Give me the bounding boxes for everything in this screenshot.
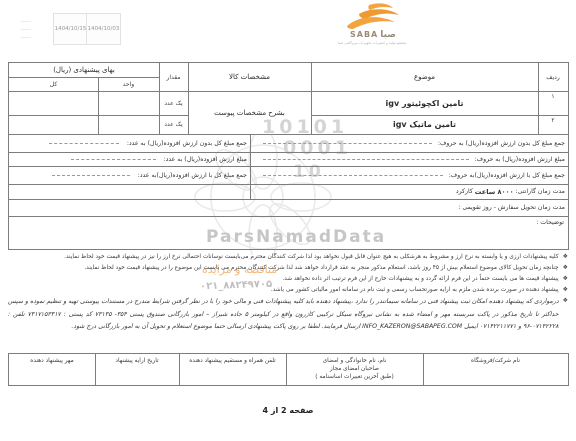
term-item: ❖ چنانچه زمان تحویل کالای موضوع استعلام …: [8, 263, 568, 273]
col-header-unit: واحد: [98, 77, 159, 91]
sum-total-digits-label: جمع مبلغ کل بدون ارزش افزوده(ریال) به عد…: [127, 140, 247, 147]
guarantee-label: مدت زمان گارانتی:: [516, 188, 565, 195]
guarantee-row: مدت زمان گارانتی: ۸۰۰۰ ساعت کارکرد: [250, 184, 568, 199]
col-header-qty: مقدار: [159, 63, 188, 91]
items-table: ردیف موضوع مشخصات کالا مقدار بهای پیشنها…: [8, 62, 569, 250]
date-cell-left: 1404/10/03: [86, 13, 121, 45]
col-header-row: ردیف: [538, 63, 568, 91]
sum-total-words-label: جمع مبلغ کل بدون ارزش افزوده(ریال) به حر…: [438, 140, 565, 147]
saba-logo: SABA صبا مجتمع تولید و تعمیرات تجهیزات ن…: [336, 2, 410, 49]
guarantee-suffix: کارکرد: [456, 188, 473, 195]
specs-merged-cell: بشرح مشخصات پیوست: [188, 91, 311, 134]
estelam-form-page: 10101 0001 10 ParsNamadData مناقصه و مزا…: [0, 0, 576, 441]
diamond-bullet-icon: ❖: [563, 274, 568, 284]
faint-mark: [21, 37, 31, 38]
sum-with-vat-words-cell: جمع مبلغ کل با ارزش افزوده(ریال)به حروف:: [250, 166, 568, 184]
signers-line2: صاحبان امضای مجاز: [330, 365, 379, 373]
diamond-bullet-icon: ❖: [563, 285, 568, 295]
terms-list: ❖ کلیه پیشنهادات ارزی و یا وابسته به نرخ…: [8, 252, 568, 335]
bidder-seal-cell: مهر پیشنهاد دهنده: [9, 354, 95, 385]
row2-subject: تامین ماتیک igv: [311, 115, 538, 134]
signers-line3: (طبق آخرین تغییرات اساسنامه ): [315, 373, 394, 381]
term-item-address: ❖ درمواردی که پیشنهاد دهنده امکان ثبت پی…: [8, 296, 568, 334]
term-item: ❖ کلیه پیشنهادات ارزی و یا وابسته به نرخ…: [8, 252, 568, 262]
col-header-total: کل: [9, 77, 98, 91]
dotted-line: [263, 158, 469, 160]
row1-qty: یک عدد: [159, 91, 188, 115]
logo-tagline: مجتمع تولید و تعمیرات تجهیزات نیروگاهی ص…: [340, 40, 407, 45]
term-text: پیشنهاد دهنده در صورت برنده شدن ملزم به …: [271, 285, 559, 295]
delivery-label: مدت زمان تحویل سفارش - روز تقویمی :: [458, 204, 565, 211]
company-name-label: نام شرکت/فروشگاه: [471, 357, 520, 365]
sum-total-digits-cell: جمع مبلغ کل بدون ارزش افزوده(ریال) به عد…: [9, 134, 250, 152]
vat-words-label: مبلغ ارزش افزوده(ریال) به حروف:: [475, 156, 565, 163]
signers-line1: نام، نام خانوادگی و امضای: [323, 357, 387, 365]
term-item: ❖ پیشنهاد دهنده در صورت برنده شدن ملزم ب…: [8, 285, 568, 295]
notes-label: توضیحات :: [536, 219, 564, 226]
vat-digits-label: مبلغ ارزش افزوده(ریال) به عدد:: [164, 156, 247, 163]
bidder-phone-label: تلفن همراه و مستقیم پیشنهاد دهنده: [189, 357, 275, 365]
term-text: درمواردی که پیشنهاد دهنده امکان ثبت پیشن…: [8, 296, 559, 334]
bidder-phone-cell: تلفن همراه و مستقیم پیشنهاد دهنده: [179, 354, 286, 385]
sum-with-vat-words-label: جمع مبلغ کل با ارزش افزوده(ریال)به حروف:: [449, 172, 565, 179]
row2-qty: یک عدد: [159, 115, 188, 134]
proposal-date-cell: تاریخ ارایه پیشنهاد: [95, 354, 179, 385]
diamond-bullet-icon: ❖: [563, 263, 568, 273]
dotted-line: [263, 174, 443, 176]
col-header-price-group: بهای پیشنهادی (ریال): [9, 63, 159, 77]
bidder-seal-label: مهر پیشنهاد دهنده: [30, 357, 73, 365]
page-number: صفحه 2 از 4: [0, 406, 576, 415]
dotted-line: [263, 142, 432, 144]
dotted-line: [71, 158, 156, 160]
faint-mark: [21, 21, 31, 22]
sum-with-vat-digits-cell: جمع مبلغ کل با ارزش افزوده(ریال)به عدد:: [9, 166, 250, 184]
proposal-date-label: تاریخ ارایه پیشنهاد: [115, 357, 158, 365]
row1-number: ۱: [538, 91, 568, 115]
company-name-cell: نام شرکت/فروشگاه: [423, 354, 568, 385]
date-cell-right: 1404/10/15: [53, 13, 88, 45]
notes-row: توضیحات :: [9, 216, 568, 249]
saba-swoosh-icon: [341, 2, 405, 30]
signature-table: نام شرکت/فروشگاه نام، نام خانوادگی و امض…: [8, 353, 569, 386]
authorized-signers-cell: نام، نام خانوادگی و امضای صاحبان امضای م…: [286, 354, 423, 385]
col-header-subject: موضوع: [311, 63, 538, 91]
row1-subject: تامین اکچوئیتور igv: [311, 91, 538, 115]
term-text: پیشنهاد قیمت ها می بایست حتماً در این فر…: [282, 274, 558, 284]
dotted-line: [49, 142, 119, 144]
vat-words-cell: مبلغ ارزش افزوده(ریال) به حروف:: [250, 152, 568, 166]
diamond-bullet-icon: ❖: [563, 252, 568, 262]
sum-total-words-cell: جمع مبلغ کل بدون ارزش افزوده(ریال) به حر…: [250, 134, 568, 152]
sum-with-vat-digits-label: جمع مبلغ کل با ارزش افزوده(ریال)به عدد:: [138, 172, 247, 179]
term-item: ❖ پیشنهاد قیمت ها می بایست حتماً در این …: [8, 274, 568, 284]
diamond-bullet-icon: ❖: [563, 296, 568, 306]
guarantee-value: ۸۰۰۰ ساعت: [475, 188, 514, 196]
faint-mark: [21, 29, 31, 30]
term-text: کلیه پیشنهادات ارزی و یا وابسته به نرخ ا…: [64, 252, 558, 262]
vat-digits-cell: مبلغ ارزش افزوده(ریال) به عدد:: [9, 152, 250, 166]
delivery-row: مدت زمان تحویل سفارش - روز تقویمی :: [9, 199, 568, 216]
col-header-specs: مشخصات کالا: [188, 63, 311, 91]
logo-text-fa: صبا: [380, 30, 396, 40]
logo-text-en: SABA: [350, 30, 378, 39]
term-text: چنانچه زمان تحویل کالای موضوع استعلام بی…: [84, 263, 558, 273]
row2-number: ۲: [538, 115, 568, 134]
dotted-line: [52, 174, 130, 176]
